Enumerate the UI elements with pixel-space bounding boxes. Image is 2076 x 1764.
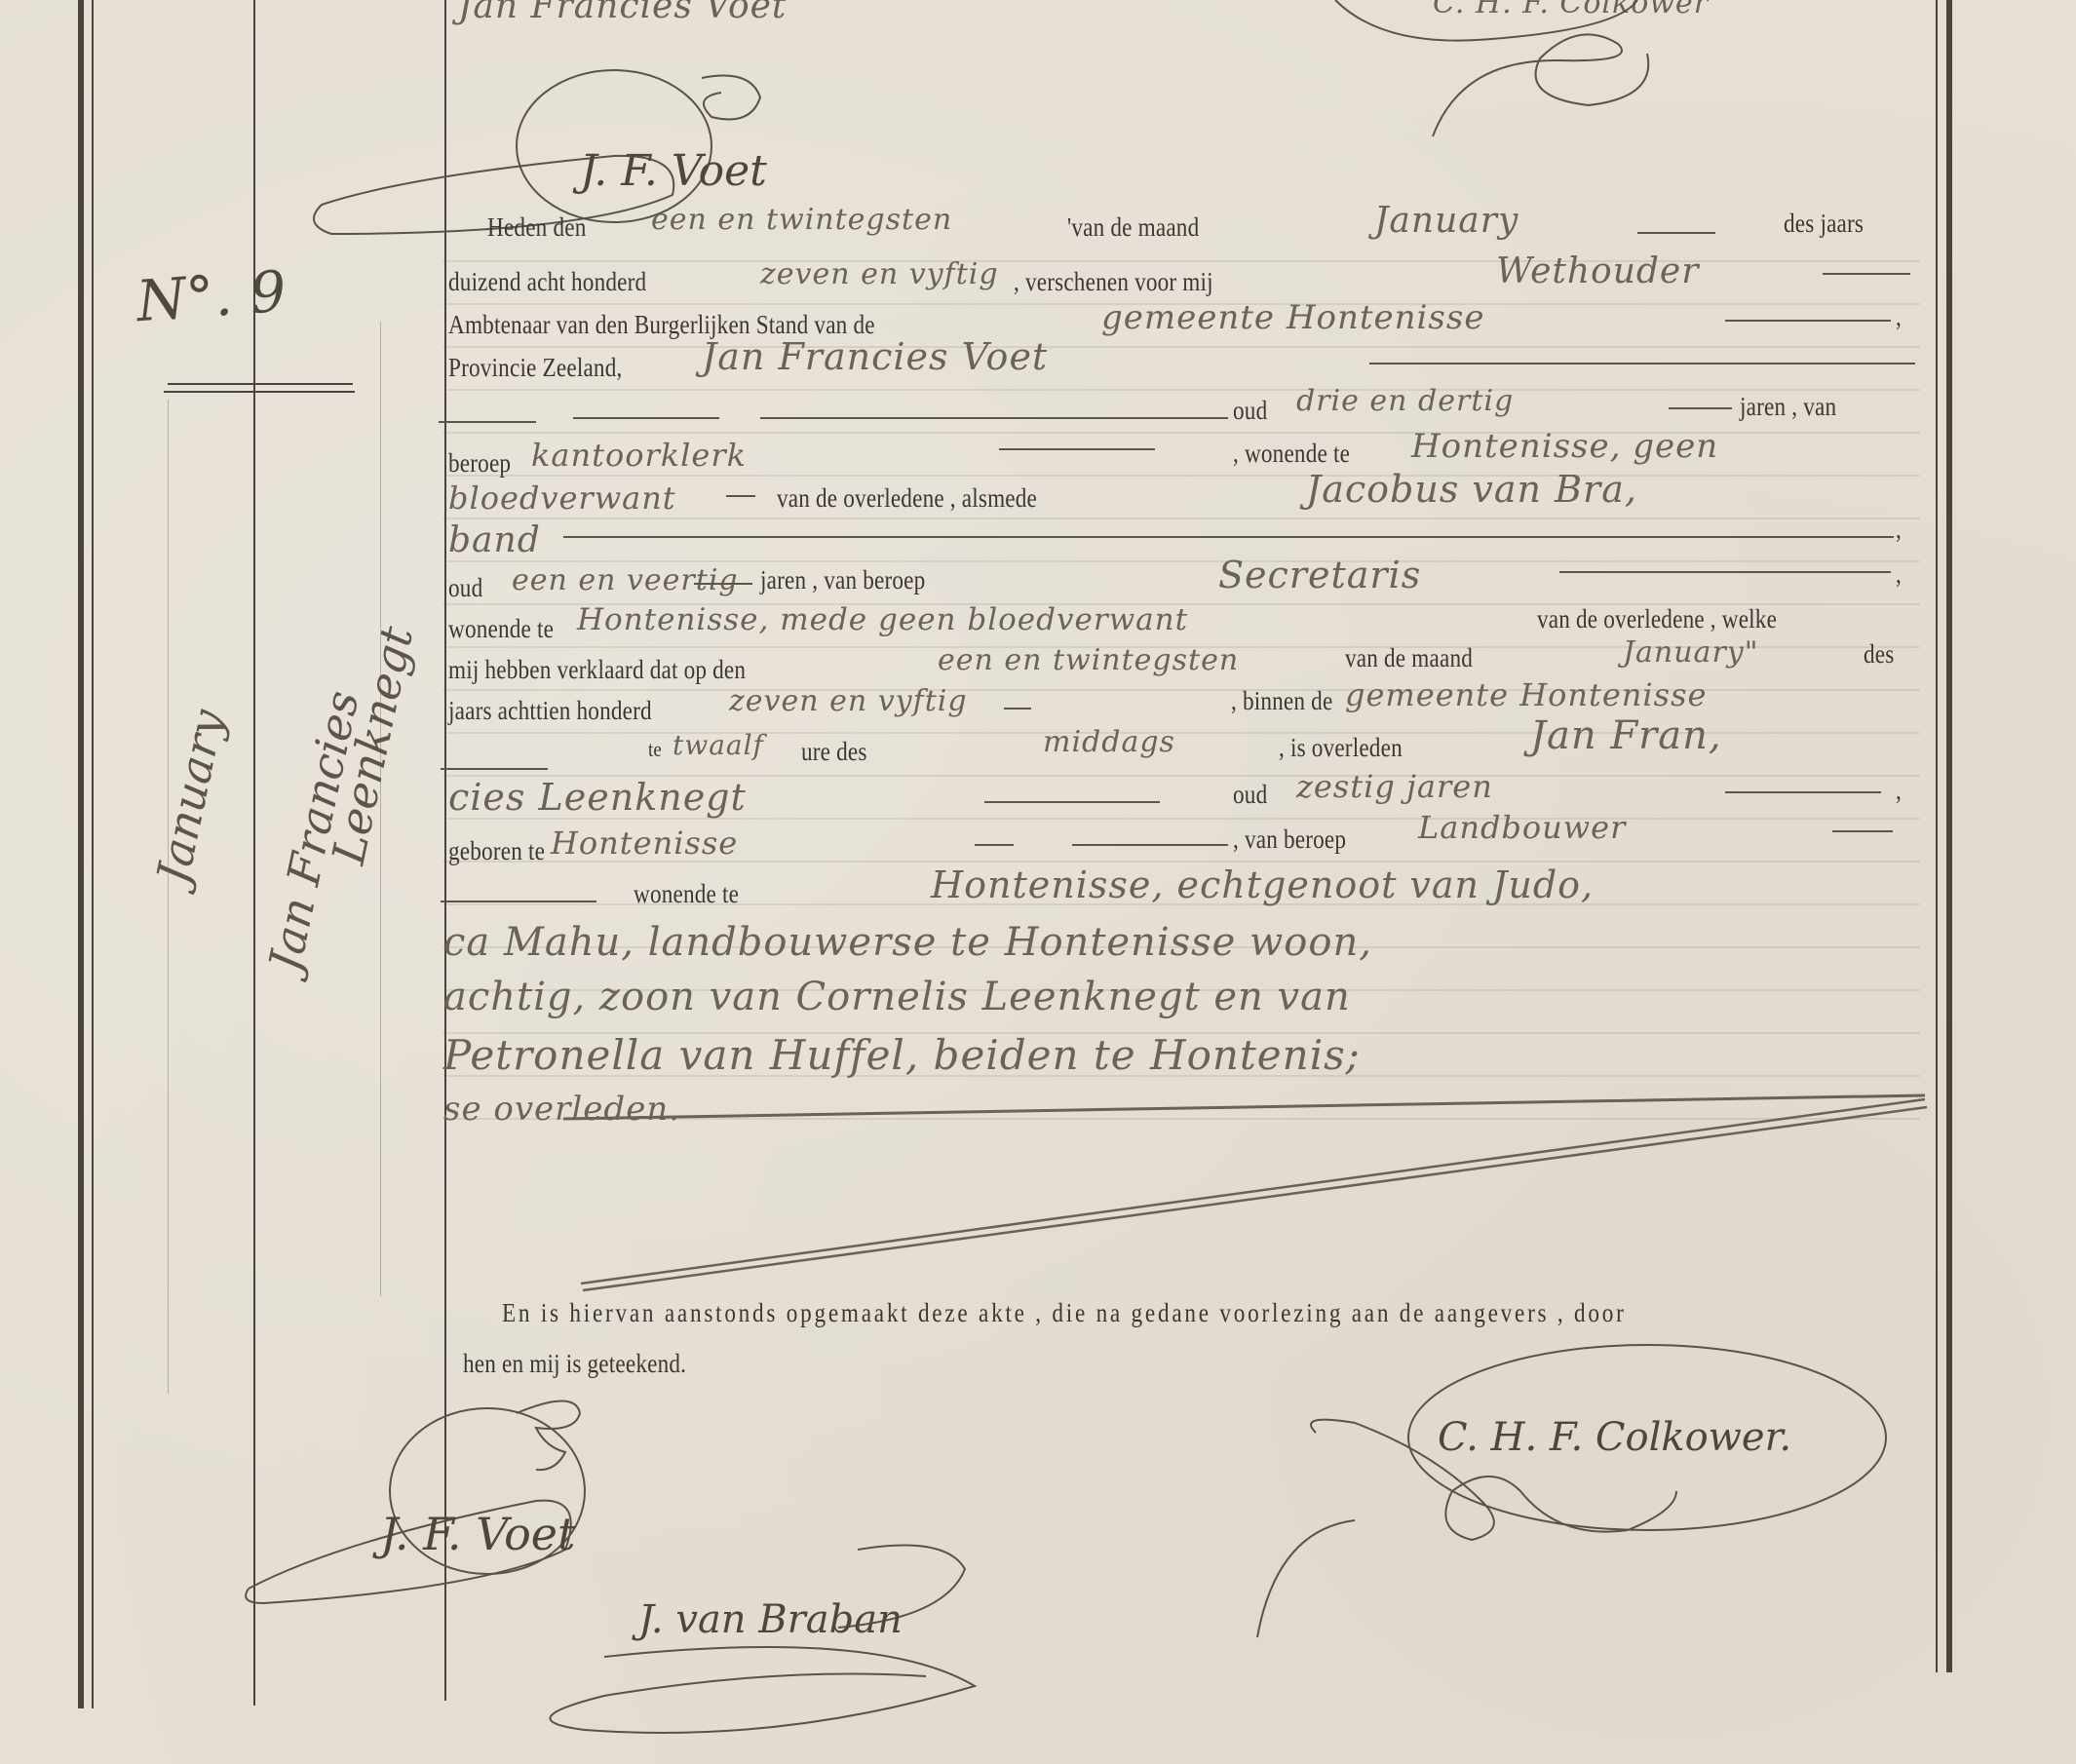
closing-text-line-1: En is hiervan aanstonds opgemaakt deze a…	[502, 1298, 1627, 1328]
signature-official: C. H. F. Colkower.	[1238, 1335, 1940, 1647]
signature-informant-2-text: J. van Braban	[632, 1597, 903, 1642]
signature-informant-2: J. van Braban	[487, 1540, 1170, 1764]
signature-official-text: C. H. F. Colkower.	[1438, 1415, 1791, 1460]
document-page: N°. 9 January Jan Francies Leenknegt Jan…	[0, 0, 2076, 1764]
closing-text-line-2: hen en mij is geteekend.	[463, 1349, 686, 1379]
